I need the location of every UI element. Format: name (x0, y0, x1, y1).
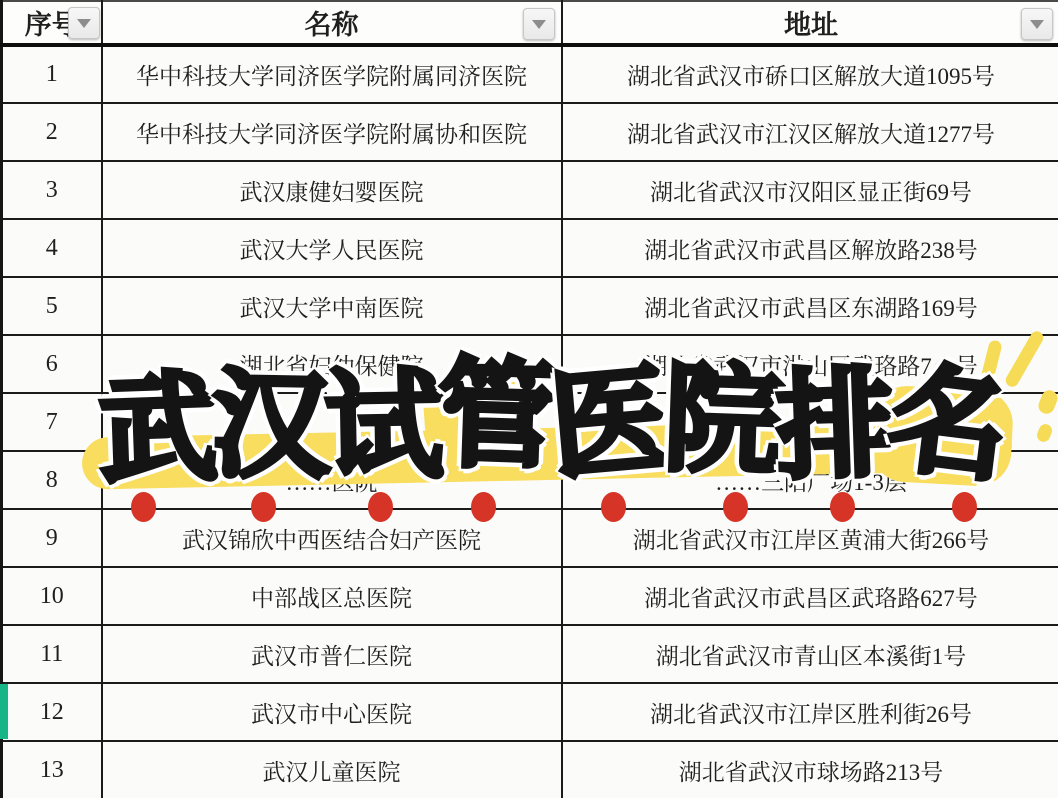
row-number-cell: 3 (2, 161, 102, 219)
hospital-name-cell: 武汉大学中南医院 (102, 277, 562, 335)
hospital-address-cell: 湖北省武汉市武昌区解放路238号 (562, 219, 1058, 277)
table-row: 3武汉康健妇婴医院湖北省武汉市汉阳区显正街69号 (2, 161, 1058, 219)
red-dot-icon (830, 492, 855, 522)
overlay-title: 武汉试管医院排名 (78, 356, 1024, 490)
row-number-cell: 4 (2, 219, 102, 277)
table-row: 10中部战区总医院湖北省武汉市武昌区武珞路627号 (2, 567, 1058, 625)
table-row: 11武汉市普仁医院湖北省武汉市青山区本溪街1号 (2, 625, 1058, 683)
table-row: 9武汉锦欣中西医结合妇产医院湖北省武汉市江岸区黄浦大街266号 (2, 509, 1058, 567)
row-number-cell: 1 (2, 45, 102, 103)
hospital-name-cell: 华中科技大学同济医学院附属同济医院 (102, 45, 562, 103)
table-row: 12武汉市中心医院湖北省武汉市江岸区胜利街26号 (2, 683, 1058, 741)
table-row: 13武汉儿童医院湖北省武汉市球场路213号 (2, 741, 1058, 798)
screenshot-root: 序号 名称 地址 1华中科技大学同济医学院附属同济医院湖北省武汉市硚口区解放大道… (0, 0, 1058, 798)
row-number-cell: 5 (2, 277, 102, 335)
hospital-name-cell: 中部战区总医院 (102, 567, 562, 625)
hospital-name-cell: 武汉市普仁医院 (102, 625, 562, 683)
row-number-cell: 2 (2, 103, 102, 161)
red-dot-icon (723, 492, 748, 522)
hospital-address-cell: 湖北省武汉市江汉区解放大道1277号 (562, 103, 1058, 161)
row-number-cell: 11 (2, 625, 102, 683)
table-row: 5武汉大学中南医院湖北省武汉市武昌区东湖路169号 (2, 277, 1058, 335)
column-header-address: 地址 (562, 1, 1058, 45)
table-row: 2华中科技大学同济医学院附属协和医院湖北省武汉市江汉区解放大道1277号 (2, 103, 1058, 161)
hospital-address-cell: 湖北省武汉市球场路213号 (562, 741, 1058, 798)
chevron-down-icon (77, 19, 91, 28)
row-number-cell: 13 (2, 741, 102, 798)
red-dot-icon (251, 492, 276, 522)
chevron-down-icon (1030, 20, 1044, 29)
column-header-name: 名称 (102, 1, 562, 45)
red-dot-icon (368, 492, 393, 522)
row-number-cell: 10 (2, 567, 102, 625)
filter-dropdown-name[interactable] (523, 8, 555, 40)
row-number-cell: 12 (2, 683, 102, 741)
hospital-address-cell: 湖北省武汉市硚口区解放大道1095号 (562, 45, 1058, 103)
hospital-address-cell: 湖北省武汉市汉阳区显正街69号 (562, 161, 1058, 219)
filter-dropdown-address[interactable] (1021, 8, 1053, 40)
hospital-address-cell: 湖北省武汉市江岸区黄浦大街266号 (562, 509, 1058, 567)
table-row: 4武汉大学人民医院湖北省武汉市武昌区解放路238号 (2, 219, 1058, 277)
red-dot-icon (131, 492, 156, 522)
row-number-cell: 9 (2, 509, 102, 567)
red-dot-icon (952, 492, 977, 522)
chevron-down-icon (532, 20, 546, 29)
hospital-name-cell: 武汉大学人民医院 (102, 219, 562, 277)
hospital-address-cell: 湖北省武汉市武昌区东湖路169号 (562, 277, 1058, 335)
hospital-address-cell: 湖北省武汉市青山区本溪街1号 (562, 625, 1058, 683)
red-dot-icon (471, 492, 496, 522)
hospital-name-cell: 华中科技大学同济医学院附属协和医院 (102, 103, 562, 161)
filter-dropdown-index[interactable] (68, 7, 100, 39)
row12-selection-strip (0, 684, 8, 739)
hospital-name-cell: 武汉康健妇婴医院 (102, 161, 562, 219)
table-row: 1华中科技大学同济医学院附属同济医院湖北省武汉市硚口区解放大道1095号 (2, 45, 1058, 103)
hospital-name-cell: 武汉锦欣中西医结合妇产医院 (102, 509, 562, 567)
red-dot-icon (601, 492, 626, 522)
hospital-address-cell: 湖北省武汉市江岸区胜利街26号 (562, 683, 1058, 741)
hospital-name-cell: 武汉市中心医院 (102, 683, 562, 741)
hospital-name-cell: 武汉儿童医院 (102, 741, 562, 798)
hospital-address-cell: 湖北省武汉市武昌区武珞路627号 (562, 567, 1058, 625)
